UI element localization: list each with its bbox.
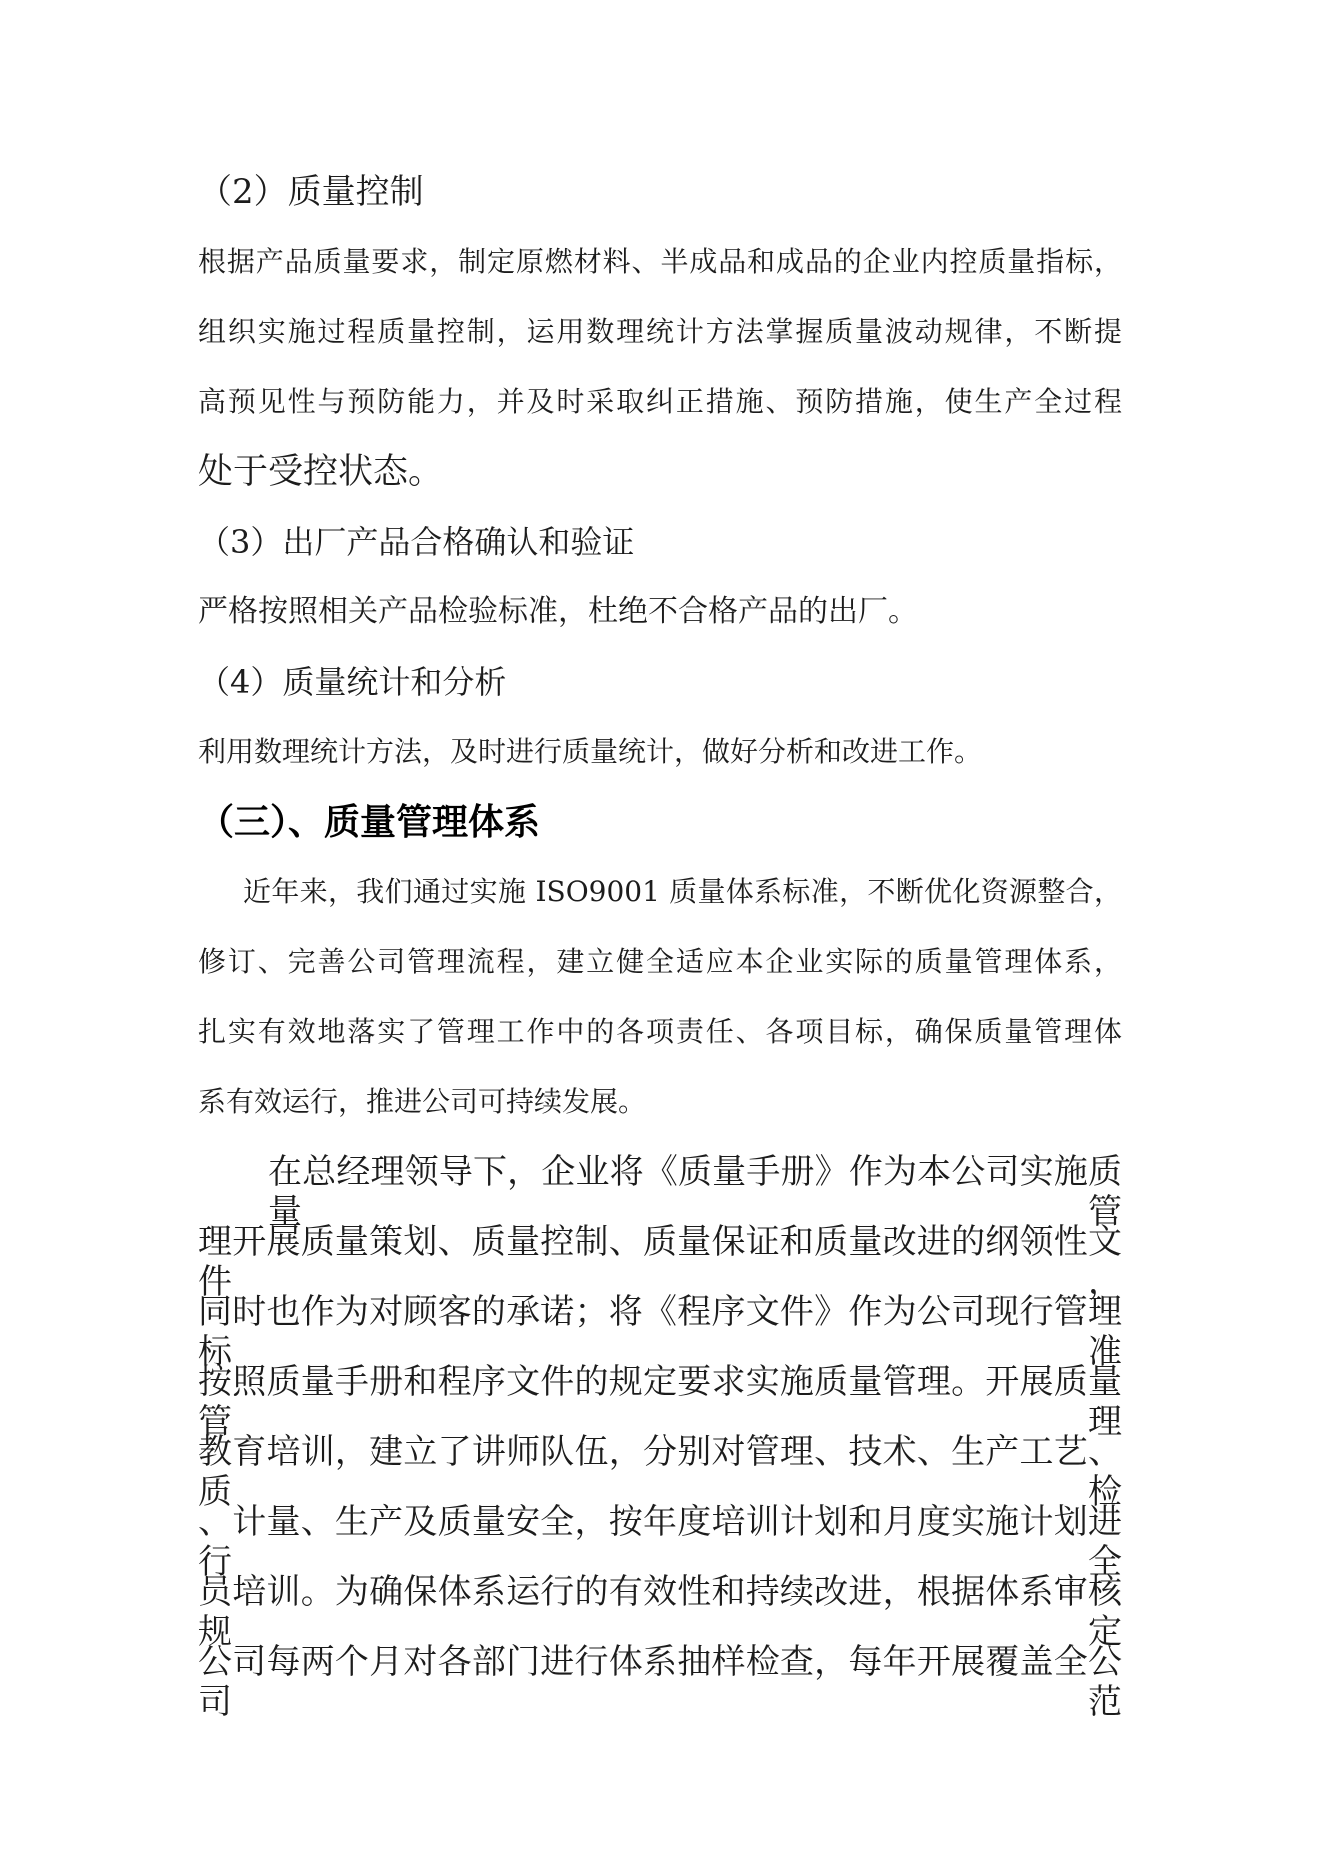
text-line: 扎实有效地落实了管理工作中的各项责任、各项目标，确保质量管理体 — [198, 1012, 1122, 1082]
text-line: 近年来，我们通过实施 ISO9001 质量体系标准，不断优化资源整合， — [198, 872, 1122, 942]
text-line: 同时也作为对顾客的承诺；将《程序文件》作为公司现行管理标准 — [198, 1292, 1122, 1362]
text-line: 公司每两个月对各部门进行体系抽样检查，每年开展覆盖全公司范 — [198, 1642, 1122, 1712]
text-line: 利用数理统计方法，及时进行质量统计，做好分析和改进工作。 — [198, 732, 1122, 802]
text-line: 理开展质量策划、质量控制、质量保证和质量改进的纲领性文件， — [198, 1222, 1122, 1292]
text-line: 员培训。为确保体系运行的有效性和持续改进，根据体系审核规定 — [198, 1572, 1122, 1642]
document-text-block: （2）质量控制根据产品质量要求，制定原燃材料、半成品和成品的企业内控质量指标，组… — [198, 172, 1122, 1712]
text-line: 严格按照相关产品检验标准，杜绝不合格产品的出厂。 — [198, 592, 1122, 662]
text-line: （3）出厂产品合格确认和验证 — [198, 522, 1122, 592]
text-line: 教育培训，建立了讲师队伍，分别对管理、技术、生产工艺、质检 — [198, 1432, 1122, 1502]
text-line: 高预见性与预防能力，并及时采取纠正措施、预防措施，使生产全过程 — [198, 382, 1122, 452]
text-line: 组织实施过程质量控制，运用数理统计方法掌握质量波动规律，不断提 — [198, 312, 1122, 382]
text-line: 系有效运行，推进公司可持续发展。 — [198, 1082, 1122, 1152]
section-heading-line: （三）、质量管理体系 — [198, 802, 1122, 872]
document-page: （2）质量控制根据产品质量要求，制定原燃材料、半成品和成品的企业内控质量指标，组… — [0, 0, 1323, 1871]
text-line: 按照质量手册和程序文件的规定要求实施质量管理。开展质量管理 — [198, 1362, 1122, 1432]
text-line: 处于受控状态。 — [198, 452, 1122, 522]
text-line: （4）质量统计和分析 — [198, 662, 1122, 732]
text-line: 根据产品质量要求，制定原燃材料、半成品和成品的企业内控质量指标， — [198, 242, 1122, 312]
text-line: 、计量、生产及质量安全，按年度培训计划和月度实施计划进行全 — [198, 1502, 1122, 1572]
text-line: （2）质量控制 — [198, 172, 1122, 242]
text-line: 在总经理领导下，企业将《质量手册》作为本公司实施质量管 — [198, 1152, 1122, 1222]
text-line: 修订、完善公司管理流程，建立健全适应本企业实际的质量管理体系， — [198, 942, 1122, 1012]
